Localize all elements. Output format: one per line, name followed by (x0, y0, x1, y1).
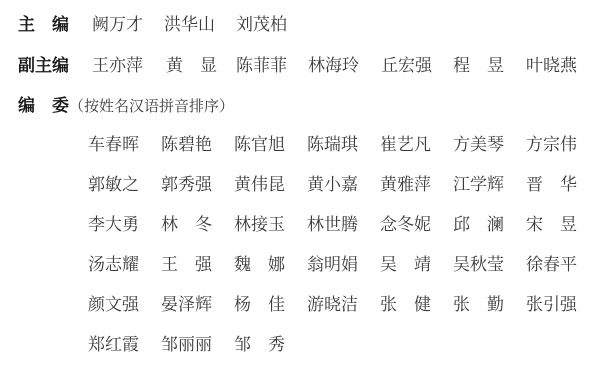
committee-member: 陈碧艳 (161, 130, 212, 155)
deputy-editors-label: 副主编 (18, 51, 69, 76)
committee-member: 念冬妮 (380, 210, 431, 235)
committee-member: 晏泽辉 (161, 290, 212, 315)
chief-editor-name: 刘茂柏 (236, 10, 287, 35)
committee-member: 翁明娟 (307, 250, 358, 275)
committee-member: 林世腾 (307, 210, 358, 235)
committee-member: 郭敏之 (88, 170, 139, 195)
committee-member: 张 勤 (453, 290, 504, 315)
committee-label: 编 委（按姓名汉语拼音排序） (18, 91, 234, 116)
committee-member: 宋 昱 (526, 210, 577, 235)
committee-member: 林接玉 (234, 210, 285, 235)
committee-member: 李大勇 (88, 210, 139, 235)
committee-row: 郭敏之 郭秀强 黄伟昆 黄小嘉 黄雅萍 江学辉 晋 华 (88, 170, 598, 210)
chief-editor-name: 洪华山 (164, 10, 215, 35)
committee-member: 陈官旭 (234, 130, 285, 155)
committee-member: 崔艺凡 (380, 130, 431, 155)
deputy-editor-name: 丘宏强 (381, 51, 432, 76)
deputy-editor-name: 程 昱 (453, 51, 504, 76)
committee-member: 黄雅萍 (380, 170, 431, 195)
committee-member: 邹丽丽 (161, 330, 212, 355)
chief-editors-names: 阙万才 洪华山 刘茂柏 (92, 10, 592, 32)
committee-member: 吴 靖 (380, 250, 431, 275)
committee-member: 林 冬 (161, 210, 212, 235)
committee-member: 方美琴 (453, 130, 504, 155)
deputy-editors-names: 王亦萍 黄 显 陈菲菲 林海玲 丘宏强 程 昱 叶晓燕 (92, 51, 597, 73)
committee-member: 黄伟昆 (234, 170, 285, 195)
committee-member: 张引强 (526, 290, 577, 315)
committee-row: 颜文强 晏泽辉 杨 佳 游晓洁 张 健 张 勤 张引强 (88, 290, 598, 330)
committee-row: 车春晖 陈碧艳 陈官旭 陈瑞琪 崔艺凡 方美琴 方宗伟 (88, 130, 598, 170)
committee-member: 江学辉 (453, 170, 504, 195)
committee-member: 郑红霞 (88, 330, 139, 355)
committee-member: 黄小嘉 (307, 170, 358, 195)
committee-row: 李大勇 林 冬 林接玉 林世腾 念冬妮 邱 澜 宋 昱 (88, 210, 598, 250)
chief-editor-name: 阙万才 (92, 10, 143, 35)
committee-member: 游晓洁 (307, 290, 358, 315)
committee-sort-note: （按姓名汉语拼音排序） (69, 97, 234, 115)
committee-member: 邹 秀 (234, 330, 285, 355)
chief-editors-label: 主 编 (18, 10, 69, 35)
committee-grid: 车春晖 陈碧艳 陈官旭 陈瑞琪 崔艺凡 方美琴 方宗伟 郭敏之 郭秀强 黄伟昆 … (88, 130, 598, 367)
deputy-editor-name: 叶晓燕 (526, 51, 577, 76)
committee-member: 邱 澜 (453, 210, 504, 235)
committee-member: 陈瑞琪 (307, 130, 358, 155)
committee-row: 汤志耀 王 强 魏 娜 翁明娟 吴 靖 吴秋莹 徐春平 (88, 250, 598, 290)
committee-member: 颜文强 (88, 290, 139, 315)
committee-member: 吴秋莹 (453, 250, 504, 275)
deputy-editor-name: 林海玲 (308, 51, 359, 76)
committee-member: 王 强 (161, 250, 212, 275)
committee-label-text: 编 委 (18, 96, 69, 116)
committee-member: 杨 佳 (234, 290, 285, 315)
committee-member: 郭秀强 (161, 170, 212, 195)
committee-member: 汤志耀 (88, 250, 139, 275)
committee-member: 车春晖 (88, 130, 139, 155)
deputy-editor-name: 陈菲菲 (236, 51, 287, 76)
committee-member: 徐春平 (526, 250, 577, 275)
committee-member: 魏 娜 (234, 250, 285, 275)
deputy-editor-name: 王亦萍 (92, 51, 143, 76)
committee-row: 郑红霞 邹丽丽 邹 秀 (88, 330, 598, 367)
committee-member: 张 健 (380, 290, 431, 315)
committee-member: 晋 华 (526, 170, 577, 195)
deputy-editor-name: 黄 显 (166, 51, 217, 76)
committee-member: 方宗伟 (526, 130, 577, 155)
